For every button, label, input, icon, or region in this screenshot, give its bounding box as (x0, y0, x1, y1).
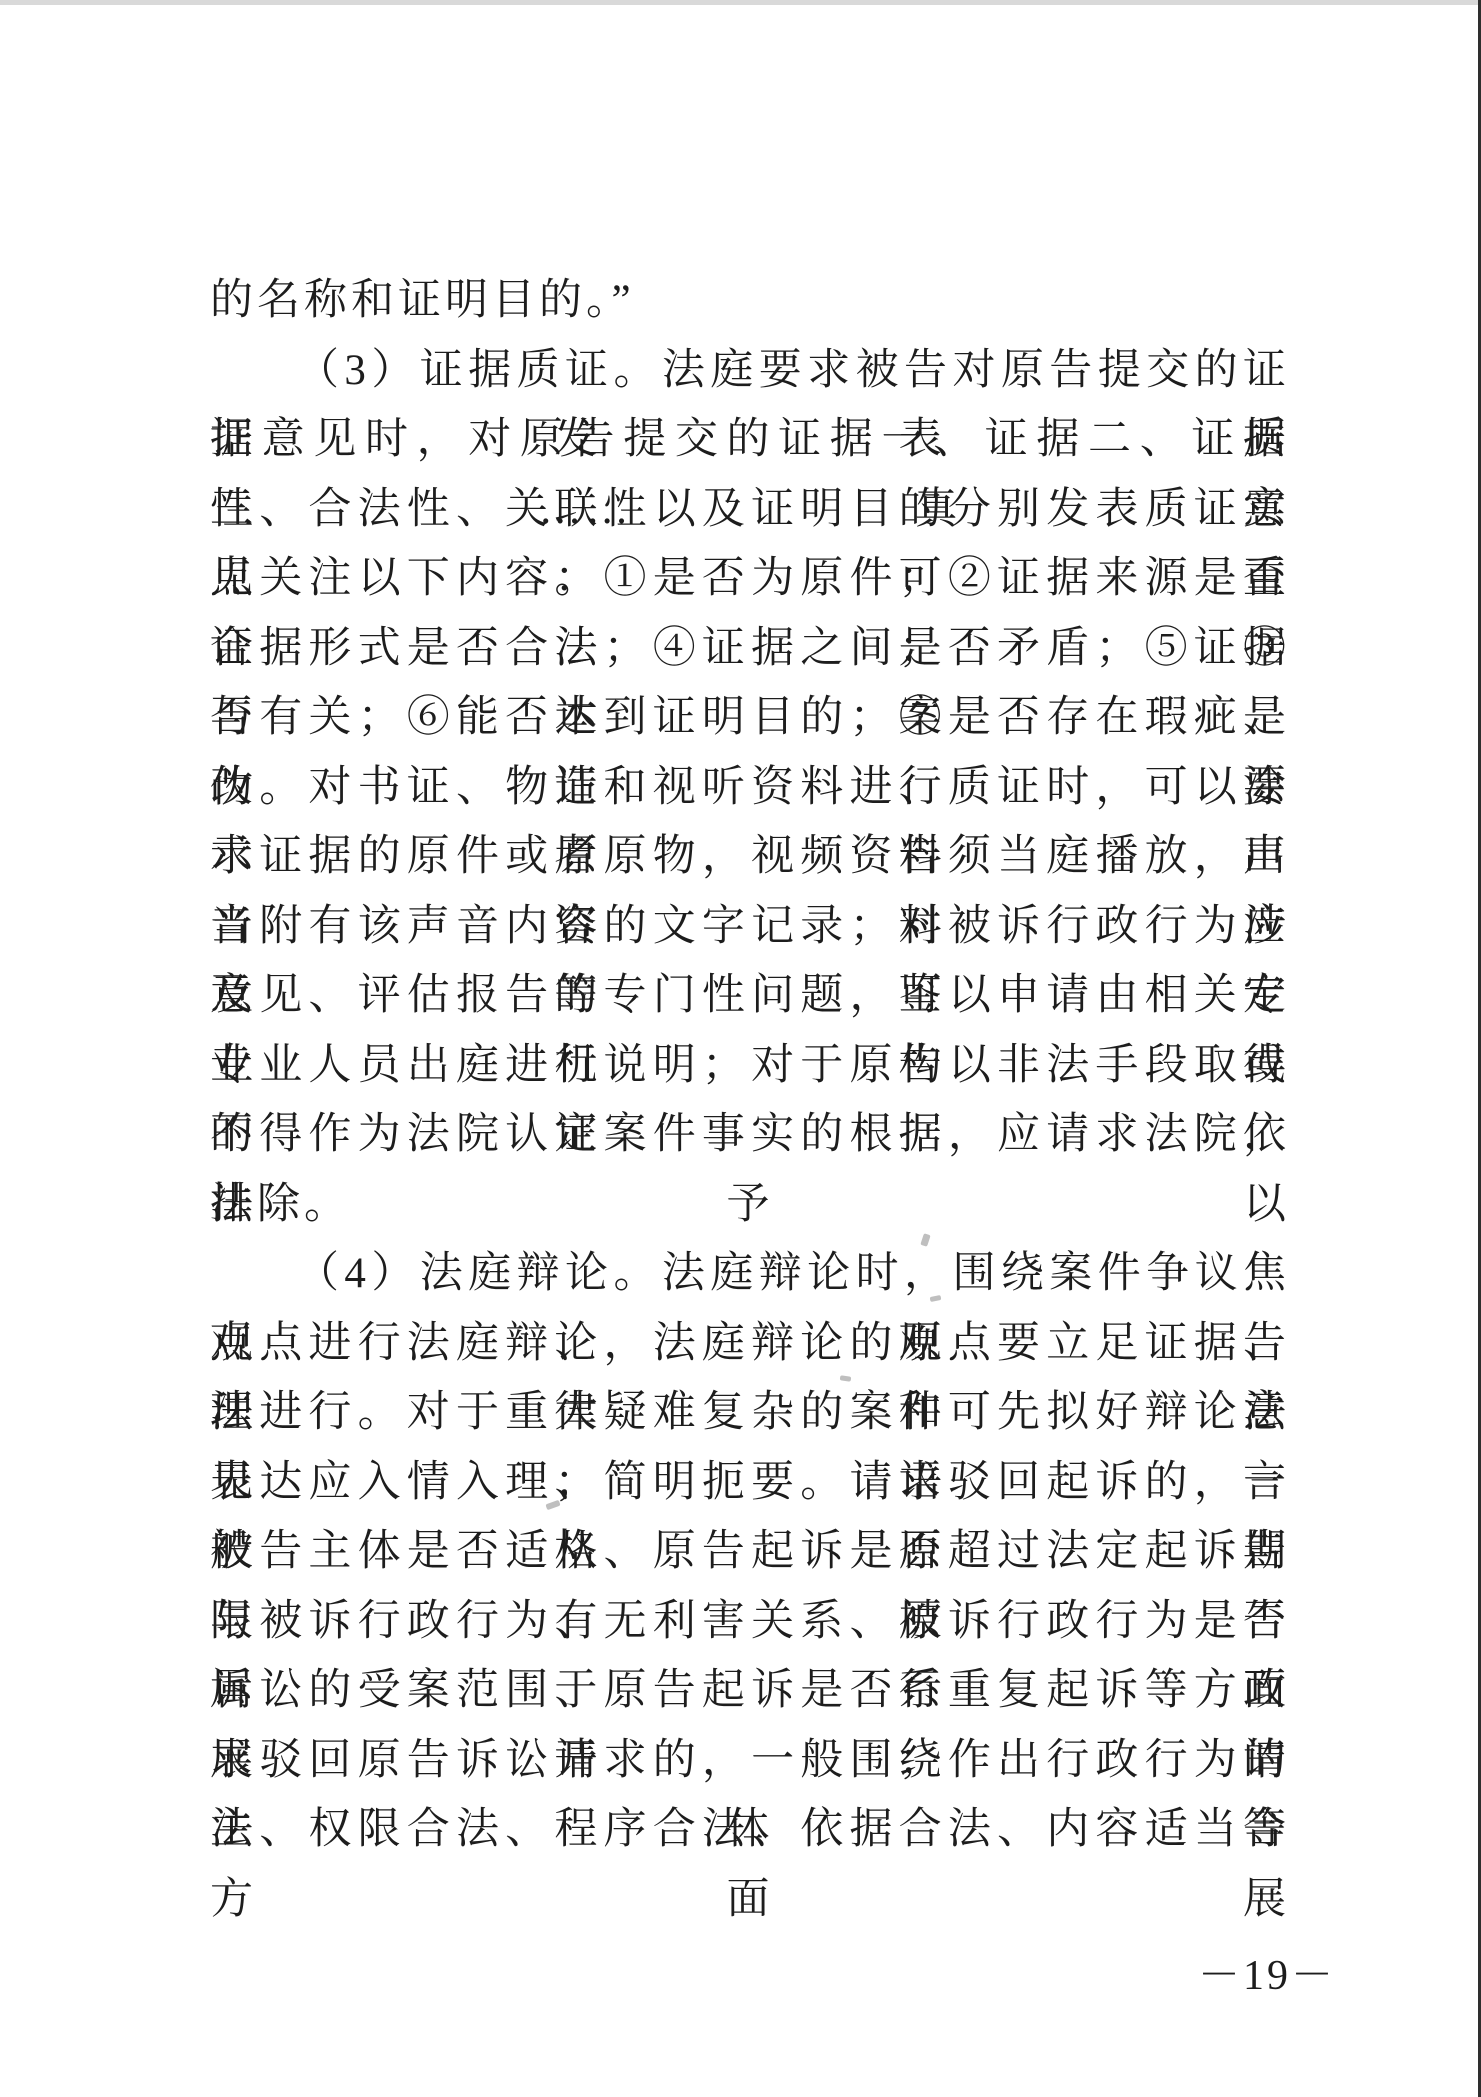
text-line: 示证据的原件或者原物，视频资料须当庭播放，声音资料应 (210, 822, 1290, 892)
text-line: 不得作为法院认定案件事实的根据，应请求法院依法予以 (210, 1100, 1290, 1170)
text-line: 点关注以下内容：①是否为原件；②证据来源是否合法；③ (210, 544, 1290, 614)
document-page: 的名称和证明目的。”（3）证据质证。法庭要求被告对原告提交的证据发表质证意见时，… (0, 0, 1481, 2097)
page-number: －19－ (1198, 1942, 1336, 2002)
text-line: 证据形式是否合法；④证据之间是否矛盾；⑤证据与本案是 (210, 614, 1290, 684)
scan-top-edge (0, 0, 1481, 5)
text-line: 的名称和证明目的。” (210, 266, 1290, 336)
text-line: （3）证据质证。法庭要求被告对原告提交的证据发表质 (210, 336, 1290, 406)
text-line: 被告主体是否适格、原告起诉是否超过法定起诉期限、原告 (210, 1517, 1290, 1587)
text-line: 证意见时，对原告提交的证据一、证据二、证据三……真实 (210, 405, 1290, 475)
text-line: 理进行。对于重大疑难复杂的案件可先拟好辩论意见；语言 (210, 1378, 1290, 1448)
text-line: 观点进行法庭辩论，法庭辩论的观点要立足证据、法律和法 (210, 1309, 1290, 1379)
text-line: （4）法庭辩论。法庭辩论时，围绕案件争议焦点、原告 (210, 1239, 1290, 1309)
text-line: 与被诉行政行为有无利害关系、被诉行政行为是否属于行政 (210, 1587, 1290, 1657)
text-line: 法、权限合法、程序合法、依据合法、内容适当等方面展 (210, 1795, 1290, 1865)
text-line: 表达应入情入理、简明扼要。请求驳回起诉的，一般从原告 (210, 1448, 1290, 1518)
text-line: 改。对书证、物证和视听资料进行质证时，可以要求原告出 (210, 753, 1290, 823)
text-line: 当附有该声音内容的文字记录；对被诉行政行为涉及的鉴定 (210, 892, 1290, 962)
text-line: 意见、评估报告等专门性问题，可以申请由相关专业机构或 (210, 961, 1290, 1031)
text-line: 否有关；⑥能否达到证明目的；⑦是否存在瑕疵、伪造、涂 (210, 683, 1290, 753)
text-line: 求驳回原告诉讼请求的，一般围绕作出行政行为的主体合 (210, 1726, 1290, 1796)
document-body: 的名称和证明目的。”（3）证据质证。法庭要求被告对原告提交的证据发表质证意见时，… (210, 266, 1290, 1865)
text-line: 诉讼的受案范围、原告起诉是否系重复起诉等方面展开；请 (210, 1656, 1290, 1726)
text-line: 性、合法性、关联性以及证明目的分别发表质证意见。可重 (210, 475, 1290, 545)
text-line: 专业人员出庭进行说明；对于原告以非法手段取得的证据， (210, 1031, 1290, 1101)
